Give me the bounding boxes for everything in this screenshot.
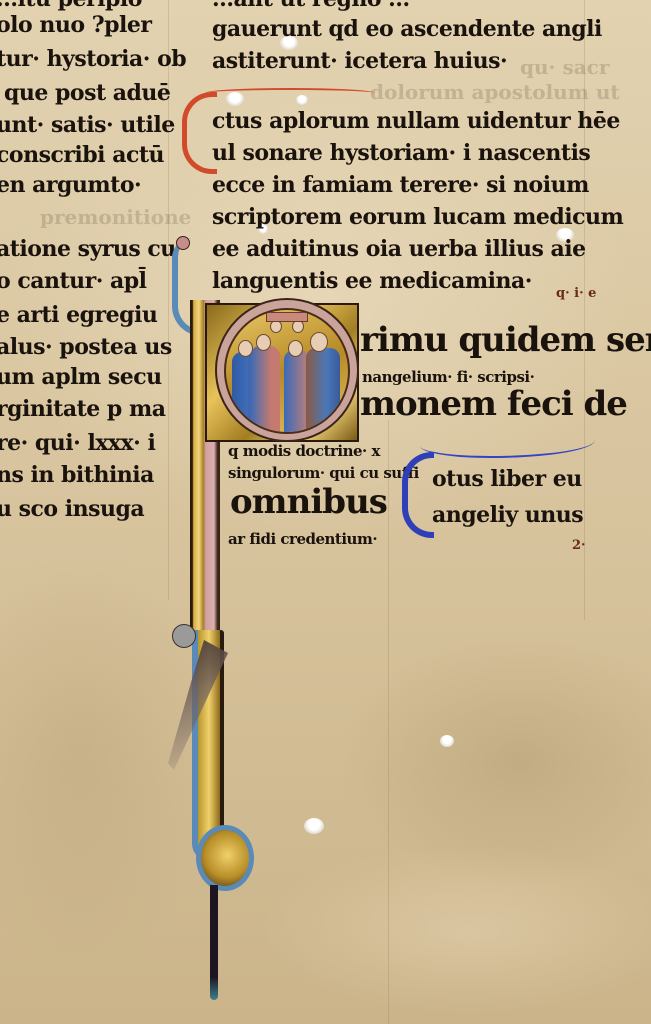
text-line: ee aduitinus oia uerba illius aie <box>212 236 586 262</box>
text-line: olo nuo ?pler <box>0 12 151 38</box>
figure-apostle <box>250 346 280 432</box>
text-line: ns in bithinia <box>0 462 154 488</box>
text-line: gauerunt qd eo ascendente angli <box>212 16 602 42</box>
figure-head <box>310 332 328 352</box>
incipit-line: rimu quidem ser <box>360 320 651 360</box>
historiated-scene <box>224 308 350 434</box>
large-word-omnibus: omnibus <box>230 482 387 522</box>
text-line: rginitate p ma <box>0 396 166 422</box>
text-line: unt· satis· utile <box>0 112 175 138</box>
trailing-mark: 2· <box>572 538 586 553</box>
initial-tail-end <box>210 885 218 1000</box>
text-line: re· qui· lxxx· i <box>0 430 155 456</box>
figure-apostle <box>306 348 340 432</box>
red-initial-flourish <box>205 88 375 98</box>
show-through-text: premonitione <box>40 205 191 229</box>
show-through-text: dolorum apostolum ut <box>370 80 620 104</box>
text-line: um aplm secu <box>0 364 162 390</box>
parchment-hole <box>440 735 454 747</box>
gloss-line: ar fidi credentium· <box>228 530 377 548</box>
bird-head <box>172 624 196 648</box>
initial-tail-curl <box>196 825 254 891</box>
show-through-text: qu· sacr <box>520 55 609 79</box>
parchment-hole <box>304 818 324 834</box>
text-line: alus· postea us <box>0 334 172 360</box>
text-line: atione syrus cu <box>0 236 176 262</box>
text-line: ecce in famiam terere· si noium <box>212 172 589 198</box>
cloud-arch <box>266 312 308 322</box>
text-line: …ant ut regno … <box>212 0 410 12</box>
text-line: u sco insuga <box>0 496 144 522</box>
text-line: otus liber eu <box>432 466 582 492</box>
text-line: scriptorem eorum lucam medicum <box>212 204 623 230</box>
gloss-line: q modis doctrine· x <box>228 442 380 460</box>
text-line: o cantur· apl̄ <box>0 268 147 294</box>
text-line: ctus aplorum nullam uidentur hēe <box>212 108 620 134</box>
text-line: ul sonare hystoriam· i nascentis <box>212 140 590 166</box>
text-line: e arti egregiu <box>0 302 157 328</box>
figure-head <box>256 334 271 351</box>
ruling-line-vertical <box>388 420 389 1024</box>
text-line: angeliy unus <box>432 502 583 528</box>
initial-scroll-tip <box>176 236 190 250</box>
figure-head <box>288 340 303 357</box>
text-line: tur· hystoria· ob <box>0 46 186 72</box>
text-line: languentis ee medicamina· <box>212 268 532 294</box>
incipit-line: monem feci de <box>360 384 627 424</box>
gloss-line: singulorum· qui cu suffi <box>228 464 419 482</box>
blue-initial-c <box>402 452 434 538</box>
text-line: en argumto· <box>0 172 141 198</box>
text-line: …ltu peripio <box>0 0 142 12</box>
text-line: que post aduē <box>4 80 170 106</box>
figure-head <box>238 340 253 357</box>
text-line: astiterunt· icetera huius· <box>212 48 507 74</box>
text-line: conscribi actū <box>0 142 164 168</box>
margin-note: q· i· e <box>556 286 596 301</box>
